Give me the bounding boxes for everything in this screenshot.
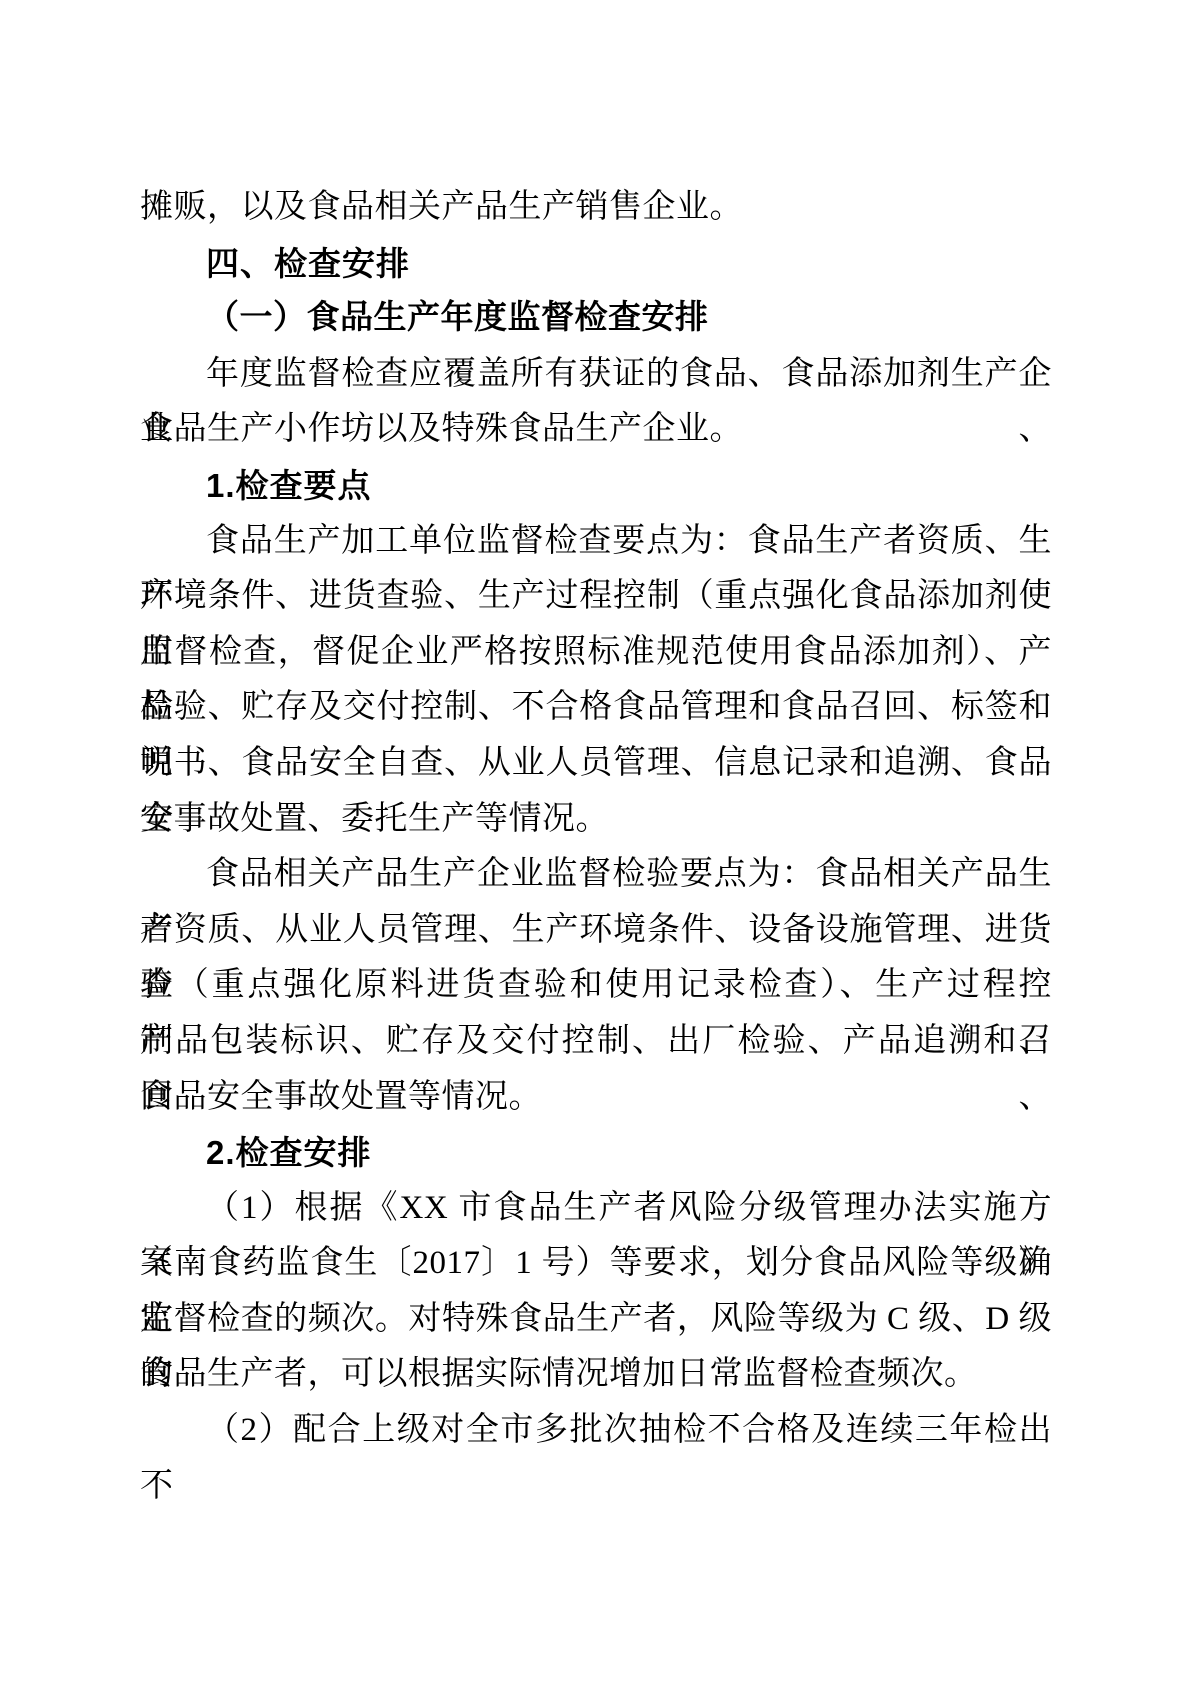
- body-text-line: （南食药监食生〔2017〕1 号）等要求，划分食品风险等级确定: [140, 1236, 1052, 1292]
- body-text-line: 监督检查的频次。对特殊食品生产者，风险等级为 C 级、D 级的: [140, 1292, 1052, 1348]
- section-heading-4: 四、检查安排: [140, 236, 1052, 292]
- body-text-line: 产品包装标识、贮存及交付控制、出厂检验、产品追溯和召回、: [140, 1014, 1052, 1070]
- point-heading-2: 2.检查安排: [140, 1125, 1052, 1181]
- document-page: 摊贩，以及食品相关产品生产销售企业。 四、检查安排 （一）食品生产年度监督检查安…: [0, 0, 1190, 1683]
- body-text-line: （2）配合上级对全市多批次抽检不合格及连续三年检出不: [140, 1403, 1052, 1459]
- document-text-block: 摊贩，以及食品相关产品生产销售企业。 四、检查安排 （一）食品生产年度监督检查安…: [140, 180, 1052, 1459]
- body-text-line: 者资质、从业人员管理、生产环境条件、设备设施管理、进货查: [140, 903, 1052, 959]
- body-text-line: 年度监督检查应覆盖所有获证的食品、食品添加剂生产企业、: [140, 347, 1052, 403]
- body-text-line: （1）根据《XX 市食品生产者风险分级管理办法实施方案》: [140, 1181, 1052, 1237]
- body-text-line: 食品相关产品生产企业监督检验要点为：食品相关产品生产: [140, 847, 1052, 903]
- paragraph-continuation-line: 摊贩，以及食品相关产品生产销售企业。: [140, 180, 1052, 236]
- point-heading-1: 1.检查要点: [140, 458, 1052, 514]
- subsection-heading-1: （一）食品生产年度监督检查安排: [140, 291, 1052, 347]
- body-text-line: 食品生产加工单位监督检查要点为：食品生产者资质、生产: [140, 514, 1052, 570]
- body-text-line: 监督检查，督促企业严格按照标准规范使用食品添加剂）、产品: [140, 625, 1052, 681]
- body-text-line: 环境条件、进货查验、生产过程控制（重点强化食品添加剂使用: [140, 569, 1052, 625]
- body-text-line: 全事故处置、委托生产等情况。: [140, 792, 1052, 848]
- body-text-line: 明书、食品安全自查、从业人员管理、信息记录和追溯、食品安: [140, 736, 1052, 792]
- body-text-line: 检验、贮存及交付控制、不合格食品管理和食品召回、标签和说: [140, 680, 1052, 736]
- body-text-line: 食品生产者，可以根据实际情况增加日常监督检查频次。: [140, 1347, 1052, 1403]
- body-text-line: 验（重点强化原料进货查验和使用记录检查）、生产过程控制、: [140, 958, 1052, 1014]
